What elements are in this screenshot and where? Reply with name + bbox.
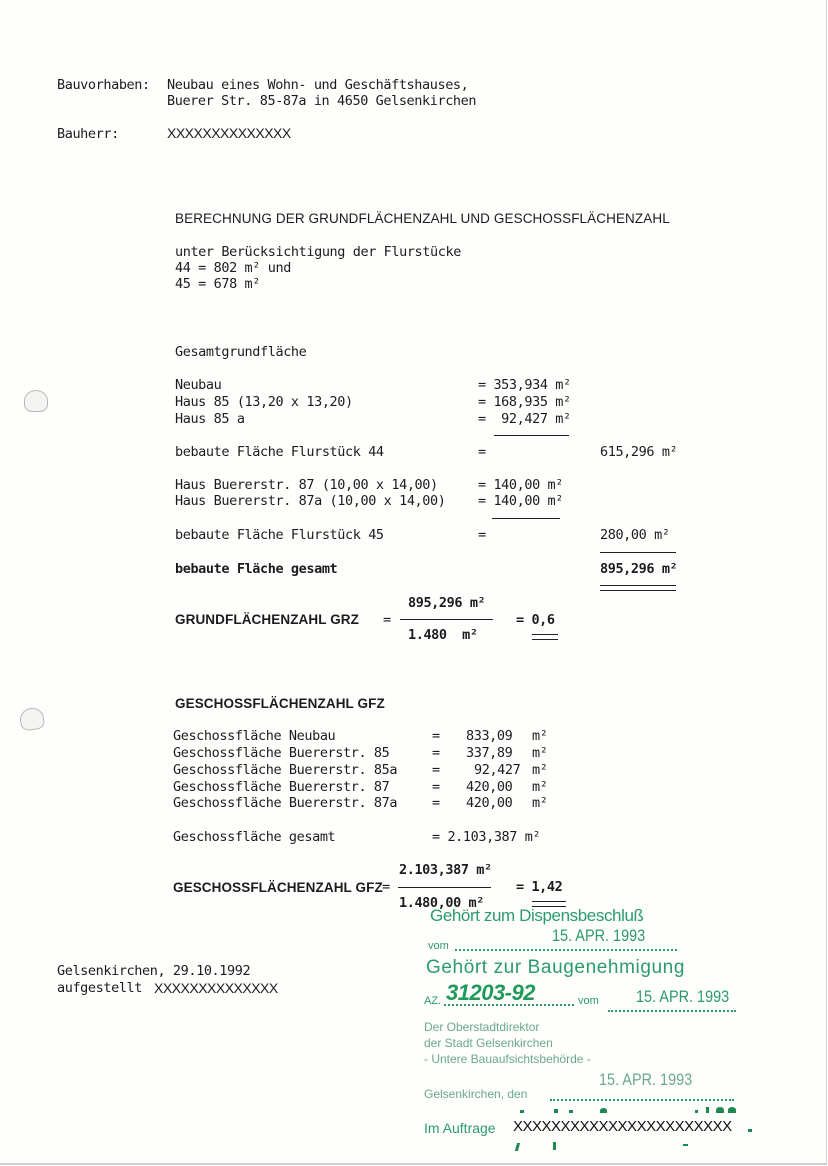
subtotal-rule — [492, 518, 560, 519]
punch-hole-top — [24, 390, 48, 412]
grundflaeche-item-label: Neubau — [175, 377, 221, 394]
grz-denominator: 1.480 m² — [408, 627, 478, 644]
total-label: bebaute Fläche gesamt — [175, 561, 337, 578]
signature-mark — [706, 1107, 709, 1113]
gfz-result: = 1,42 — [516, 879, 562, 896]
gfz-item-eq: = — [432, 745, 440, 762]
parcel-45: 45 = 678 m² — [175, 276, 260, 293]
stamp-place-date: 15. APR. 1993 — [599, 1070, 692, 1090]
stamp-im-auftrage: Im Auftrage — [424, 1120, 496, 1136]
total-double-rule — [600, 585, 676, 591]
gfz-item-unit: m² — [532, 728, 547, 745]
gfz-label: GESCHOSSFLÄCHENZAHL GFZ — [173, 879, 383, 896]
parcel-44: 44 = 802 m² und — [175, 260, 291, 277]
gfz-item-unit: m² — [532, 762, 547, 779]
signature-mark — [515, 1143, 520, 1151]
grundflaeche-item-label: Haus Buererstr. 87 (10,00 x 14,00) — [175, 477, 438, 494]
footer-aufgestellt-value: XXXXXXXXXXXXXX — [154, 980, 278, 997]
gfz-total-label: Geschossfläche gesamt — [173, 829, 335, 846]
subtotal-44-label: bebaute Fläche Flurstück 44 — [175, 444, 384, 461]
subtotal-rule — [494, 435, 569, 436]
total-rule — [600, 552, 676, 553]
stamp-az-value: 31203-92 — [446, 980, 535, 1006]
grz-result: = 0,6 — [516, 612, 555, 629]
signature-mark — [728, 1107, 736, 1113]
footer-aufgestellt-label: aufgestellt — [57, 980, 142, 997]
gfz-item-label: Geschossfläche Buererstr. 87 — [173, 779, 389, 796]
gfz-item-label: Geschossfläche Neubau — [173, 728, 335, 745]
gfz-item-label: Geschossfläche Buererstr. 85a — [173, 762, 397, 779]
grz-label: GRUNDFLÄCHENZAHL GRZ — [175, 611, 359, 628]
gfz-item-label: Geschossfläche Buererstr. 85 — [173, 745, 389, 762]
gfz-item-eq: = — [432, 779, 440, 796]
grundflaeche-item-value: = 92,427 m² — [478, 411, 571, 428]
gfz-item-eq: = — [432, 795, 440, 812]
subtotal-45-label: bebaute Fläche Flurstück 45 — [175, 527, 384, 544]
total-value: 895,296 m² — [600, 561, 677, 578]
grundflaeche-item-value: = 140,00 m² — [478, 493, 563, 510]
stamp-bau-date: 15. APR. 1993 — [636, 987, 729, 1007]
document-subheading: unter Berücksichtigung der Flurstücke — [175, 244, 461, 261]
grundflaeche-item-label: Haus Buererstr. 87a (10,00 x 14,00) — [175, 493, 445, 510]
grundflaeche-item-label: Haus 85 (13,20 x 13,20) — [175, 394, 353, 411]
gfz-item-unit: m² — [532, 795, 547, 812]
stamp-dispens-date: 15. APR. 1993 — [552, 926, 645, 946]
gfz-total-value: = 2.103,387 m² — [432, 829, 540, 846]
gfz-item-value: 337,89 — [466, 745, 520, 762]
grz-fraction-bar — [400, 619, 493, 620]
grz-eq: = — [383, 612, 391, 629]
grz-result-double-rule — [532, 634, 558, 640]
grundflaeche-item-value: = 353,934 m² — [478, 377, 571, 394]
stamp-authority-line1: Der Oberstadtdirektor — [424, 1020, 539, 1034]
document-page: Bauvorhaben: Neubau eines Wohn- und Gesc… — [0, 0, 827, 1165]
signature-mark — [600, 1108, 607, 1113]
gfz-item-label: Geschossfläche Buererstr. 87a — [173, 795, 397, 812]
stamp-dispens-dotted-line — [455, 949, 677, 951]
stamp-signature: XXXXXXXXXXXXXXXXXXXXXXX — [513, 1118, 732, 1135]
signature-mark — [695, 1110, 698, 1113]
punch-hole-bottom — [19, 706, 46, 731]
gfz-item-eq: = — [432, 762, 440, 779]
subtotal-44-value: 615,296 m² — [600, 444, 677, 461]
stamp-authority-line2: der Stadt Gelsenkirchen — [424, 1036, 553, 1050]
stamp-bau-dotted-line — [608, 1010, 736, 1012]
stamp-authority-line3: - Untere Bauaufsichtsbehörde - — [424, 1052, 591, 1066]
bauherr-label: Bauherr: — [57, 126, 119, 143]
grz-numerator: 895,296 m² — [408, 595, 485, 612]
stamp-az-label: AZ. — [424, 995, 441, 1007]
gfz-fraction-bar — [398, 887, 491, 888]
bauvorhaben-line2: Buerer Str. 85-87a in 4650 Gelsenkirchen — [167, 93, 476, 110]
signature-mark — [716, 1107, 724, 1113]
grundflaeche-item-value: = 168,935 m² — [478, 394, 571, 411]
signature-mark — [683, 1144, 688, 1146]
stamp-az-dotted-line — [444, 1004, 574, 1006]
gfz-item-unit: m² — [532, 745, 547, 762]
grundflaeche-item-value: = 140,00 m² — [478, 477, 563, 494]
stamp-dispens-title: Gehört zum Dispensbeschluß — [430, 906, 644, 926]
stamp-bau-vom: vom — [578, 995, 599, 1007]
gfz-eq: = — [382, 879, 390, 896]
grundflaeche-heading: Gesamtgrundfläche — [175, 344, 306, 361]
footer-place-date: Gelsenkirchen, 29.10.1992 — [57, 963, 250, 980]
signature-mark — [553, 1142, 556, 1150]
gfz-item-value: 833,09 — [466, 728, 520, 745]
gfz-numerator: 2.103,387 m² — [399, 862, 492, 879]
bauherr-value: XXXXXXXXXXXXXX — [167, 125, 291, 142]
document-heading: BERECHNUNG DER GRUNDFLÄCHENZAHL UND GESC… — [175, 210, 670, 227]
stamp-place-dotted-line — [550, 1099, 734, 1101]
grundflaeche-item-label: Haus 85 a — [175, 411, 245, 428]
gfz-item-eq: = — [432, 728, 440, 745]
bauvorhaben-line1: Neubau eines Wohn- und Geschäftshauses, — [167, 77, 468, 94]
stamp-dispens-vom: vom — [428, 940, 449, 952]
gfz-item-value: 92,427 — [474, 762, 520, 779]
gfz-item-value: 420,00 — [466, 795, 520, 812]
subtotal-44-eq: = — [478, 444, 486, 461]
subtotal-45-eq: = — [478, 527, 486, 544]
bauvorhaben-label: Bauvorhaben: — [57, 77, 150, 94]
gfz-heading: GESCHOSSFLÄCHENZAHL GFZ — [175, 695, 385, 712]
signature-mark — [569, 1110, 573, 1113]
stamp-bau-title: Gehört zur Baugenehmigung — [426, 957, 685, 979]
gfz-item-value: 420,00 — [466, 779, 520, 796]
gfz-item-unit: m² — [532, 779, 547, 796]
subtotal-45-value: 280,00 m² — [600, 527, 670, 544]
signature-mark — [520, 1110, 524, 1113]
signature-mark — [554, 1109, 558, 1113]
signature-mark — [748, 1129, 752, 1132]
stamp-place-label: Gelsenkirchen, den — [424, 1087, 527, 1101]
